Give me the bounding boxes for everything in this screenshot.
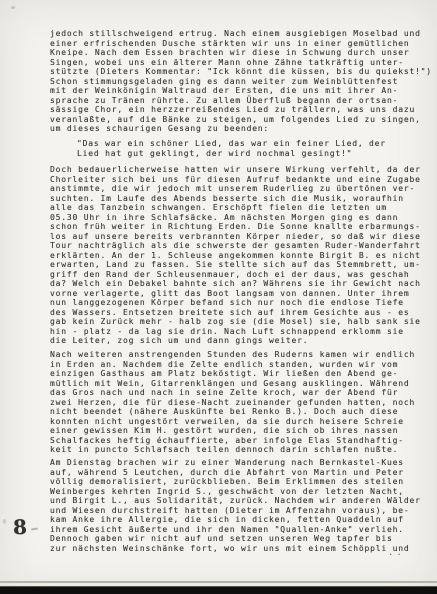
scan-edge-band (0, 586, 437, 594)
page-number: 8 (13, 515, 28, 539)
song-quote: "Das war ein schöner Lied, das war ein f… (77, 139, 386, 158)
scan-shadow-line (0, 581, 437, 583)
paragraph-erden-camp: Nach weiteren anstrengenden Stunden des … (50, 350, 415, 455)
paragraph-bernkastel-hike: Am Dienstag brachen wir zu einer Wanderu… (50, 458, 421, 553)
paragraph-evening-and-schleuse: Doch bedauerlicherweise hatten wir unser… (50, 165, 421, 346)
paragraph-intro: jedoch stillschweigend ertrug. Nach eine… (50, 29, 432, 134)
trailing-dots-mark: .. (388, 548, 405, 558)
scan-speck-top-left (11, 6, 15, 9)
scan-speck-left-margin (3, 519, 6, 524)
pen-mark (31, 528, 38, 531)
scanned-document-page: jedoch stillschweigend ertrug. Nach eine… (0, 0, 437, 594)
